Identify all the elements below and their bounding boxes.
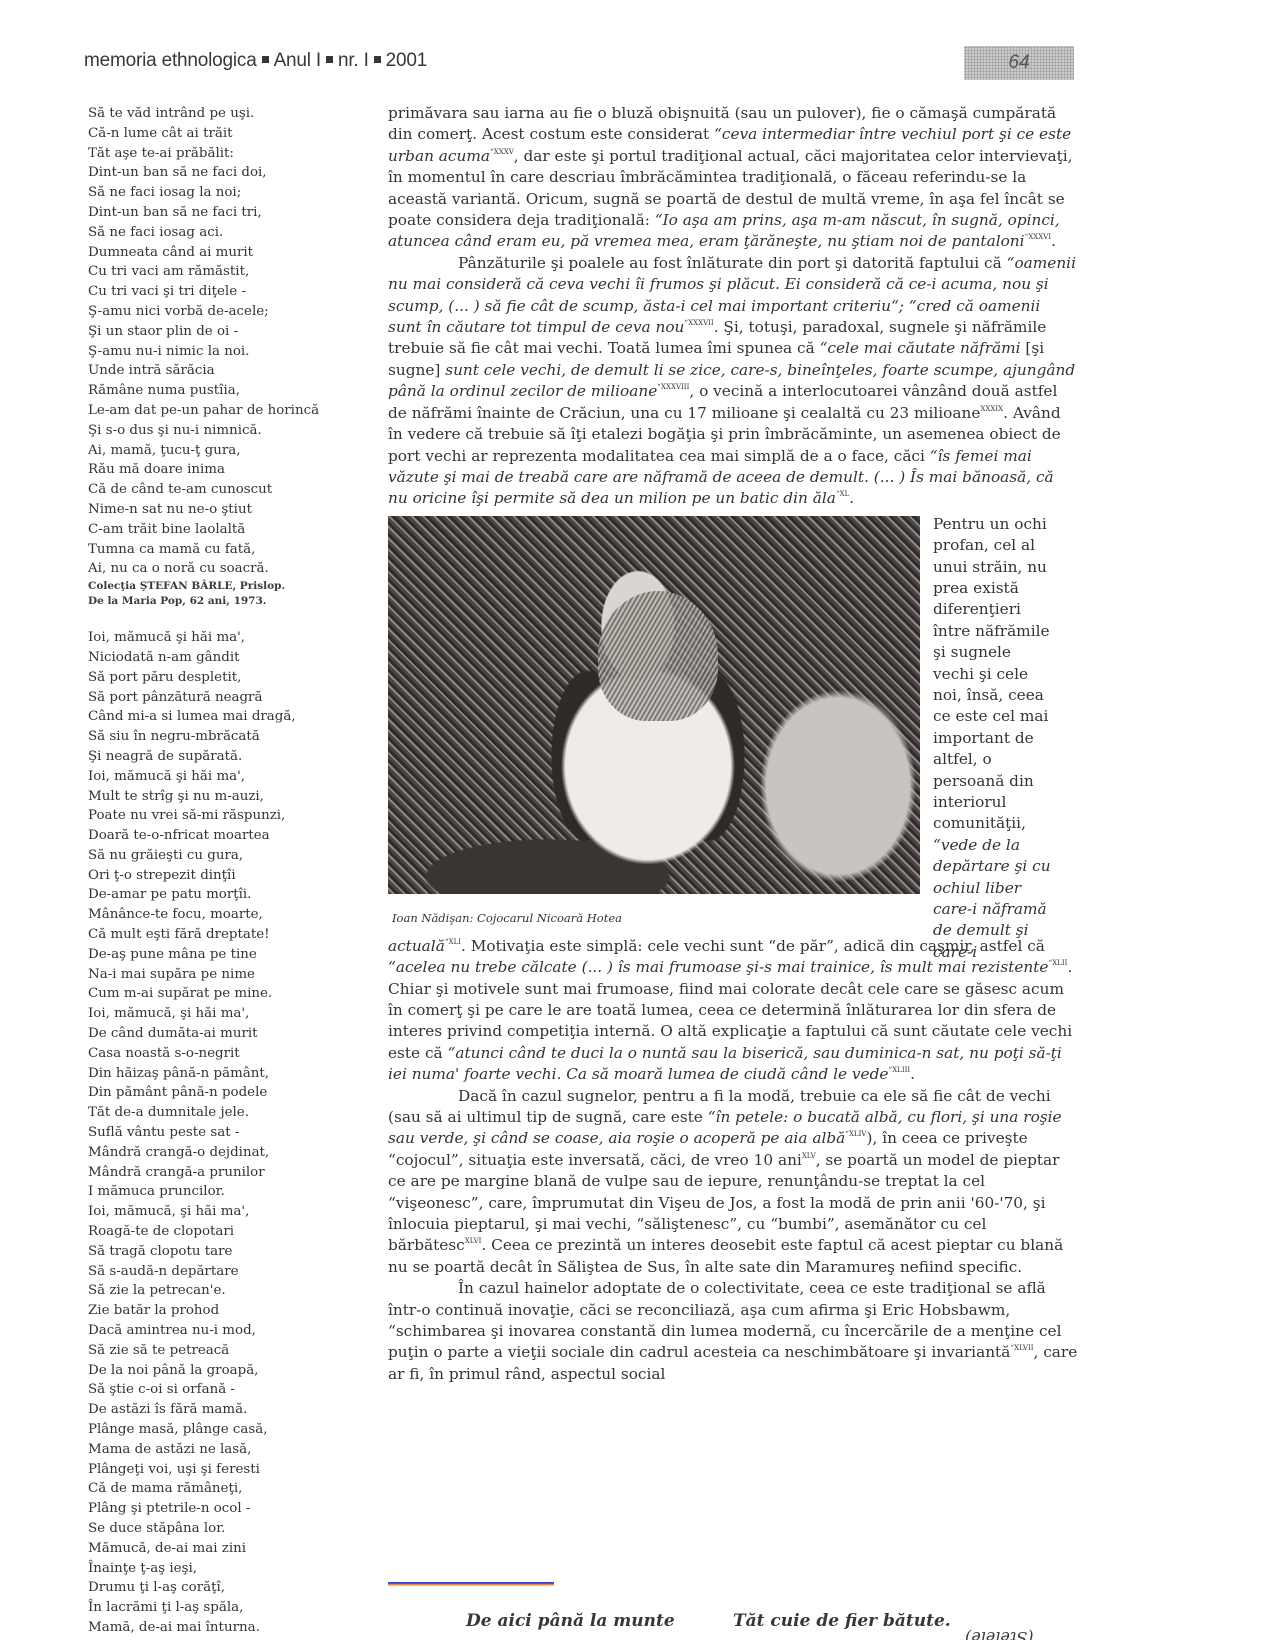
footer-mirrored-label: (Stelele) [965, 1628, 1034, 1640]
poem-line: Să siu în negru-mbrăcată [88, 727, 378, 747]
poem-line: Plângeţi voi, uşi şi feresti [88, 1460, 378, 1480]
footnote-ref: “XLVII [1010, 1344, 1033, 1352]
journal-header: memoria ethnologicaAnul Inr. I2001 [84, 50, 427, 72]
wrap-line-quote: ochiul liber [933, 878, 1078, 899]
wrap-line-quote: care-i năframă [933, 899, 1078, 920]
poem-stanza-1: Să te văd intrând pe uşi.Că-n lume cât a… [88, 104, 378, 579]
body-text: Pânzăturile şi poalele au fost înlăturat… [458, 254, 1007, 272]
wrap-line: important de [933, 728, 1078, 749]
body-text: . [1051, 232, 1056, 250]
poem-line: Să port pânzătură neagră [88, 688, 378, 708]
body-text: . Ceea ce prezintă un interes deosebit e… [388, 1236, 1063, 1275]
poem-line: Ori ţ-o strepezit dinţîi [88, 866, 378, 886]
poem-line: Poate nu vrei să-mi răspunzi, [88, 806, 378, 826]
wrap-line: între năfrămile [933, 621, 1078, 642]
poem-line: Cum m-ai supărat pe mine. [88, 984, 378, 1004]
poem-line: De astăzi îs fără mamă. [88, 1400, 378, 1420]
poem-line: De când dumăta-ai murit [88, 1024, 378, 1044]
footnote-ref: “XXXVI [1025, 233, 1052, 241]
poem-line: Plâng şi ptetrile-n ocol - [88, 1499, 378, 1519]
poem-line: Mânânce-te focu, moarte, [88, 905, 378, 925]
square-bullet-icon [262, 56, 269, 63]
poem-line: Niciodată n-am gândit [88, 648, 378, 668]
poem-line: Mamă, de-ai mai înturna. [88, 1618, 378, 1638]
poem-line: Dint-un ban să ne faci doi, [88, 163, 378, 183]
poem-line: Că de mama rămâneţi, [88, 1479, 378, 1499]
poem-line: Ioi, mămucă, şi hăi ma', [88, 1202, 378, 1222]
poem-line: Mândră crangă-a prunilor [88, 1163, 378, 1183]
article-paragraph-2: Pânzăturile şi poalele au fost înlăturat… [388, 253, 1078, 510]
poem-line: Să nu grăieşti cu gura, [88, 846, 378, 866]
poem-column: Să te văd intrând pe uşi.Că-n lume cât a… [88, 104, 378, 1638]
photo-caption: Ioan Nădişan: Cojocarul Nicoară Hotea [392, 908, 622, 929]
poem-line: Din pământ până-n podele [88, 1083, 378, 1103]
poem-line: Casa noastă s-o-negrit [88, 1044, 378, 1064]
poem-line: Să zie să te petreacă [88, 1341, 378, 1361]
poem-line: Când mi-a si lumea mai dragă, [88, 707, 378, 727]
wrap-line: vechi şi cele [933, 664, 1078, 685]
poem-line: Ioi, mămucă şi hăi ma', [88, 628, 378, 648]
poem-line: În lacrămi ţi l-aş spăla, [88, 1598, 378, 1618]
footnote-ref: “XXXVII [684, 319, 713, 327]
wrap-line-quote: depărtare şi cu [933, 856, 1078, 877]
footnote-ref: “XLIII [888, 1066, 910, 1074]
poem-line: Cu tri vaci şi tri diţele - [88, 282, 378, 302]
poem-line: Ş-amu nici vorbă de-acele; [88, 302, 378, 322]
article-paragraph-1: primăvara sau iarna au fie o bluză obişn… [388, 103, 1078, 253]
poem-line: De-aş pune mâna pe tine [88, 945, 378, 965]
poem-line: Să ne faci iosag aci. [88, 223, 378, 243]
poem-line: I mămuca pruncilor. [88, 1182, 378, 1202]
journal-issue: nr. I [338, 50, 369, 71]
wrap-line-quote: care-i [933, 942, 1078, 963]
poem-line: Mămucă, de-ai mai zini [88, 1539, 378, 1559]
journal-name: memoria ethnologica [84, 50, 257, 71]
poem-line: Mult te strîg şi nu m-auzi, [88, 787, 378, 807]
wrap-line: profan, cel al [933, 535, 1078, 556]
poem-line: Nime-n sat nu ne-o ştiut [88, 500, 378, 520]
wrap-line: noi, însă, ceea [933, 685, 1078, 706]
poem-line: Mândră crangă-o dejdinat, [88, 1143, 378, 1163]
wrap-line-quote: “vede de la [933, 835, 1078, 856]
poem-line: Să s-audă-n depărtare [88, 1262, 378, 1282]
poem-line: Că mult eşti fără dreptate! [88, 925, 378, 945]
tricolor-divider [388, 1582, 554, 1586]
poem-line: Na-i mai supăra pe nime [88, 965, 378, 985]
poem-line: Se duce stăpâna lor. [88, 1519, 378, 1539]
poem-line: Şi s-o dus şi nu-i nimnică. [88, 421, 378, 441]
poem-line: Din hăizaş până-n pământ, [88, 1064, 378, 1084]
square-bullet-icon [326, 56, 333, 63]
poem-line: Dumneata când ai murit [88, 243, 378, 263]
wrap-line: Pentru un ochi [933, 514, 1078, 535]
wraparound-text: Pentru un ochiprofan, cel alunui străin,… [933, 514, 1078, 964]
wrap-line: prea există [933, 578, 1078, 599]
footnote-ref: “XLIV [845, 1130, 866, 1138]
poem-line: Că de când te-am cunoscut [88, 480, 378, 500]
poem-line: Rămâne numa pustîia, [88, 381, 378, 401]
article-column: primăvara sau iarna au fie o bluză obişn… [388, 103, 1078, 1385]
poem-line: Tăt de-a dumnitale jele. [88, 1103, 378, 1123]
quoted-interview-text: “atunci când te duci la o nuntă sau la b… [388, 1044, 1062, 1083]
poem-line: Plânge masă, plânge casă, [88, 1420, 378, 1440]
wrap-line: persoană din [933, 771, 1078, 792]
wrap-line: comunităţii, [933, 813, 1078, 834]
poem-line: Cu tri vaci am rămăstit, [88, 262, 378, 282]
quoted-interview-text: “cele mai căutate năfrămi [820, 339, 1021, 357]
wrap-line: ce este cel mai [933, 706, 1078, 727]
poem-line: Dint-un ban să ne faci tri, [88, 203, 378, 223]
footnote-ref: XLV [802, 1152, 816, 1160]
poem-line: Suflă vântu peste sat - [88, 1123, 378, 1143]
poem-line: Ai, nu ca o noră cu soacră. [88, 559, 378, 579]
poem-line: Mama de astăzi ne lasă, [88, 1440, 378, 1460]
poem-line: Că-n lume cât ai trăit [88, 124, 378, 144]
poem-line: Tăt aşe te-ai prăbălit: [88, 144, 378, 164]
poem-line: Rău mă doare inima [88, 460, 378, 480]
body-text: În cazul hainelor adoptate de o colectiv… [388, 1279, 1061, 1361]
article-paragraph-4: Dacă în cazul sugnelor, pentru a fi la m… [388, 1086, 1078, 1279]
poem-line: Dacă amintrea nu-i mod, [88, 1321, 378, 1341]
poem-line: De-amar pe patu morţîi. [88, 885, 378, 905]
wrap-line: şi sugnele [933, 642, 1078, 663]
poem-line: Să ştie c-oi si orfană - [88, 1380, 378, 1400]
wrap-line: unui străin, nu [933, 557, 1078, 578]
journal-year: 2001 [386, 50, 427, 71]
poem-line: Tumna ca mamă cu fată, [88, 540, 378, 560]
journal-year-label: Anul I [274, 50, 321, 71]
poem-line: Ai, mamă, ţucu-ţ gura, [88, 441, 378, 461]
page-number: 64 [964, 46, 1074, 80]
poem-line: Doară te-o-nfricat moartea [88, 826, 378, 846]
body-text: . [849, 489, 854, 507]
poem-line: Le-am dat pe-un pahar de horincă [88, 401, 378, 421]
poem-line: Unde intră sărăcia [88, 361, 378, 381]
photo-cojocar [388, 516, 920, 894]
wrap-line: interiorul [933, 792, 1078, 813]
poem-line: Să te văd intrând pe uşi. [88, 104, 378, 124]
quoted-interview-text: actuală [388, 937, 445, 955]
poem-credit-source: De la Maria Pop, 62 ani, 1973. [88, 594, 378, 609]
poem-line: Ioi, mămucă şi hăi ma', [88, 767, 378, 787]
poem-line: Roagă-te de clopotari [88, 1222, 378, 1242]
figure-block: Ioan Nădişan: Cojocarul Nicoară Hotea Pe… [388, 516, 1078, 936]
poem-line: Să tragă clopotu tare [88, 1242, 378, 1262]
poem-line: Să ne faci iosag la noi; [88, 183, 378, 203]
wrap-line: altfel, o [933, 749, 1078, 770]
poem-line: Ioi, mămucă, şi hăi ma', [88, 1004, 378, 1024]
running-header: memoria ethnologicaAnul Inr. I2001 64 [84, 48, 1074, 78]
footer-verse-left: De aici până la munte [466, 1611, 675, 1631]
poem-line: Şi un staor plin de oi - [88, 322, 378, 342]
poem-line: Şi neagră de supărată. [88, 747, 378, 767]
article-paragraph-5: În cazul hainelor adoptate de o colectiv… [388, 1278, 1078, 1385]
wrap-line-quote: de demult şi [933, 920, 1078, 941]
poem-line: Să port păru despletit, [88, 668, 378, 688]
footnote-ref: “XL [836, 490, 849, 498]
poem-line: Înainţe ţ-aş ieşi, [88, 1559, 378, 1579]
footnote-ref: XXXIX [980, 405, 1003, 413]
poem-line: Să zie la petrecan'e. [88, 1281, 378, 1301]
wrap-line: diferenţieri [933, 599, 1078, 620]
poem-line: Drumu ţi l-aş corăţî, [88, 1578, 378, 1598]
square-bullet-icon [374, 56, 381, 63]
body-text: . [910, 1065, 915, 1083]
poem-line: C-am trăit bine laolaltă [88, 520, 378, 540]
poem-line: De la noi până la groapă, [88, 1361, 378, 1381]
footnote-ref: “XXXVIII [657, 383, 689, 391]
photo-person-shape [598, 591, 718, 721]
poem-stanza-2: Ioi, mămucă şi hăi ma',Niciodată n-am gâ… [88, 628, 378, 1638]
footnote-ref: XLVI [465, 1237, 482, 1245]
poem-credit-collection: Colecţia ŞTEFAN BÂRLE, Prislop. [88, 579, 378, 594]
poem-line: Ş-amu nu-i nimic la noi. [88, 342, 378, 362]
footer-verse-right: Tăt cuie de fier bătute. [733, 1611, 951, 1631]
poem-line: Zie batăr la prohod [88, 1301, 378, 1321]
footnote-ref: “XXXV [490, 148, 514, 156]
footnote-ref: “XLI [445, 938, 461, 946]
